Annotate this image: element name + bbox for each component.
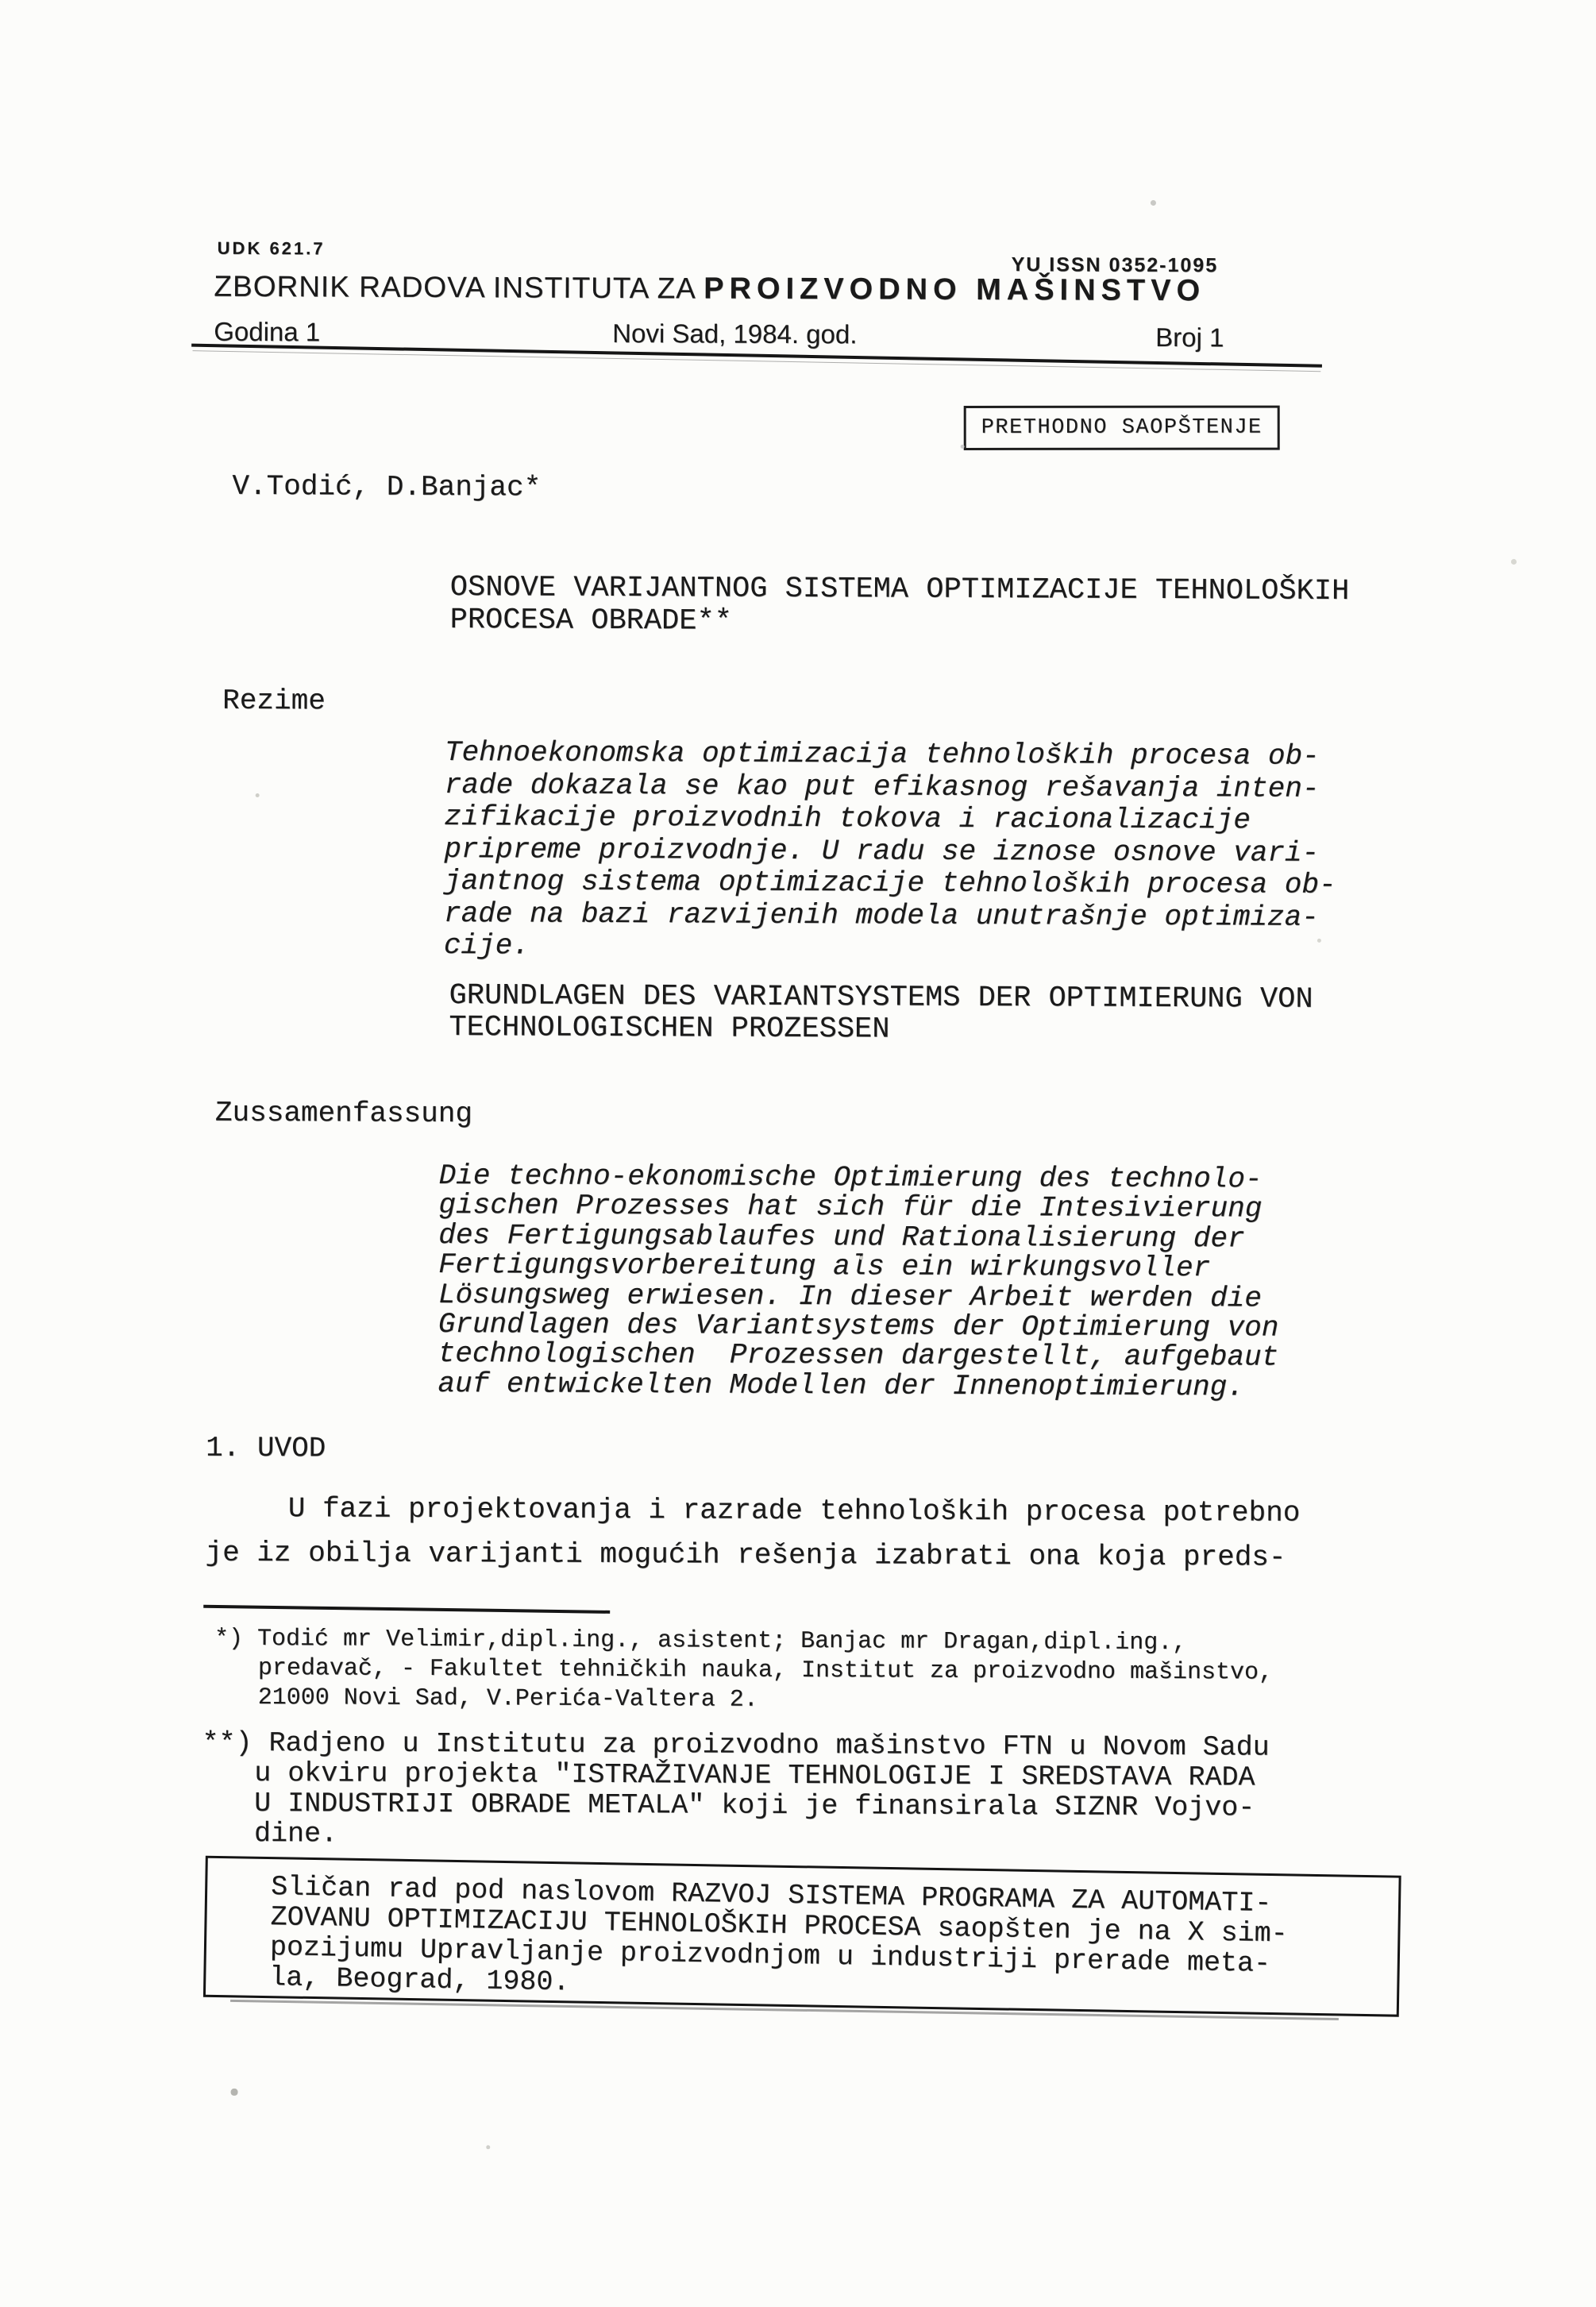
abstract-line: auf entwickelten Modellen der Innenoptim…: [438, 1369, 1278, 1402]
footnote-authors: *) Todić mr Velimir,dipl.ing., asistent;…: [214, 1625, 1274, 1718]
journal-title-regular: ZBORNIK RADOVA INSTITUTA ZA: [214, 270, 704, 305]
related-work-note-box: Sličan rad pod naslovom RAZVOJ SISTEMA P…: [203, 1856, 1401, 2017]
body-paragraph: U fazi projektovanja i razrade tehnološk…: [205, 1487, 1300, 1580]
footnote-project: **) Radjeno u Institutu za proizvodno ma…: [202, 1728, 1270, 1854]
scanned-paper-page: UDK 621.7 YU ISSN 0352-1095 ZBORNIK RADO…: [0, 0, 1596, 2307]
german-title-line: GRUNDLAGEN DES VARIANTSYSTEMS DER OPTIMI…: [449, 980, 1313, 1016]
title-line: OSNOVE VARIJANTNOG SISTEMA OPTIMIZACIJE …: [450, 572, 1350, 608]
page-title: OSNOVE VARIJANTNOG SISTEMA OPTIMIZACIJE …: [450, 572, 1350, 641]
german-title: GRUNDLAGEN DES VARIANTSYSTEMS DER OPTIMI…: [449, 980, 1313, 1047]
udk-number: UDK 621.7: [218, 238, 326, 260]
footnote-rule: [203, 1605, 610, 1614]
abstract-line: jantnog sistema optimizacije tehnoloških…: [444, 866, 1336, 901]
abstract-line: rade dokazala se kao put efikasnog rešav…: [445, 770, 1337, 805]
abstract-line: pripreme proizvodnje. U radu se iznose o…: [444, 834, 1336, 870]
journal-title-bold: PROIZVODNO MAŠINSTVO: [704, 272, 1205, 307]
rezime-heading: Rezime: [222, 687, 326, 716]
german-title-line: TECHNOLOGISCHEN PROZESSEN: [449, 1012, 1313, 1047]
journal-volume: Godina 1: [214, 318, 320, 345]
body-line: je iz obilja varijanti mogućih rešenja i…: [205, 1531, 1300, 1580]
abstract-german: Die techno-ekonomische Optimierung des t…: [438, 1161, 1279, 1402]
abstract-serbian: Tehnoekonomska optimizacija tehnoloških …: [444, 737, 1337, 966]
title-line: PROCESA OBRADE**: [450, 604, 1350, 641]
footnote-line: predavač, - Fakultet tehničkih nauka, In…: [214, 1654, 1273, 1688]
stamp-label: PRETHODNO SAOPŠTENJE: [981, 416, 1263, 440]
abstract-line: Tehnoekonomska optimizacija tehnoloških …: [445, 737, 1337, 773]
body-line: U fazi projektovanja i razrade tehnološk…: [206, 1487, 1301, 1536]
footnote-line: dine.: [202, 1819, 1269, 1854]
footnote-line: U INDUSTRIJI OBRADE METALA" koji je fina…: [202, 1788, 1269, 1823]
page-content: UDK 621.7 YU ISSN 0352-1095 ZBORNIK RADO…: [0, 0, 1596, 2307]
abstract-line: rade na bazi razvijenih modela unutrašnj…: [444, 898, 1336, 934]
journal-issue: Broj 1: [1155, 324, 1224, 350]
abstract-line: cije.: [444, 930, 1336, 966]
section-heading-uvod: 1. UVOD: [206, 1434, 326, 1464]
footnote-line: *) Todić mr Velimir,dipl.ing., asistent;…: [214, 1625, 1273, 1659]
authors-line: V.Todić, D.Banjac*: [232, 473, 541, 503]
journal-place-date: Novi Sad, 1984. god.: [612, 320, 857, 347]
journal-title: ZBORNIK RADOVA INSTITUTA ZA PROIZVODNO M…: [214, 271, 1205, 307]
footnote-line: 21000 Novi Sad, V.Perića-Valtera 2.: [214, 1684, 1273, 1718]
article-type-stamp: PRETHODNO SAOPŠTENJE: [964, 406, 1280, 450]
zusammenfassung-heading: Zussamenfassung: [215, 1099, 472, 1128]
abstract-line: zifikacije proizvodnih tokova i racional…: [444, 801, 1336, 837]
